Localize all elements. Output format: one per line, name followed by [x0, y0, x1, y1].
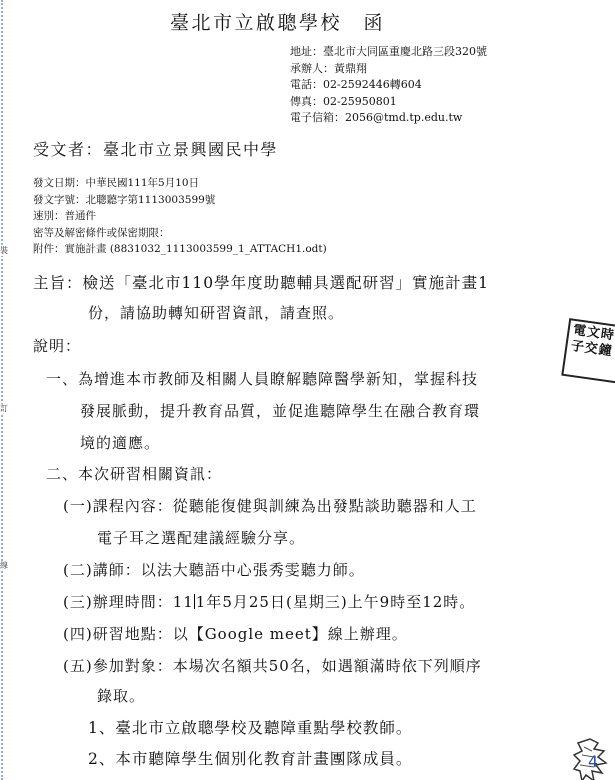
course-content-line-1: (一)課程內容：從聽能復健與訓練為出發點談助聽器和人工: [63, 495, 477, 516]
sender-address: 地址：臺北市大同區重慶北路三段320號: [290, 44, 487, 61]
sender-fax: 傳真：02-25950801: [290, 94, 487, 111]
binding-mark-ding: 訂: [0, 404, 8, 414]
document-number: 發文字號：北聰聽字第1113003599號: [33, 192, 327, 209]
binding-mark-xian: 線: [0, 561, 8, 571]
stamp-column-3: 時鐘: [597, 327, 615, 361]
document-meta: 發文日期：中華民國111年5月10日 發文字號：北聰聽字第1113003599號…: [33, 175, 327, 258]
page-seal-icon: 4: [572, 735, 615, 780]
section1-line-2: 發展脈動，提升教育品質，並促進聽障學生在融合教育環: [80, 400, 480, 421]
course-content-line-2: 電子耳之選配建議經驗分享。: [97, 527, 305, 548]
explanation-label: 說明：: [33, 335, 81, 356]
participants-line-1: (五)參加對象：本場次名額共50名，如遇額滿時依下列順序: [63, 655, 482, 676]
sender-contact-person: 承辦人：黃鼎翔: [290, 61, 487, 78]
subject-line-1: 主旨：檢送「臺北市110學年度助聽輔具選配研習」實施計畫1: [33, 271, 489, 293]
priority-item-1: 1、臺北市立啟聰學校及聽障重點學校教師。: [88, 716, 412, 738]
binding-margin-line: [1, 0, 3, 780]
section1-line-1: 一、為增進本市教師及相關人員瞭解聽障醫學新知，掌握科技: [46, 368, 478, 389]
event-time-before-cursor: (三)辦理時間：11: [63, 593, 194, 611]
seal-stamp-icon: 4: [572, 735, 615, 780]
section2-heading: 二、本次研習相關資訊：: [46, 463, 222, 484]
binding-mark-zhuang: 裝: [0, 246, 8, 256]
attachment-link[interactable]: 附件：實施計畫 (8831032_1113003599_1_ATTACH1.od…: [33, 241, 327, 258]
priority-item-2: 2、本市聽障學生個別化教育計畫團隊成員。: [88, 747, 412, 769]
issue-date: 發文日期：中華民國111年5月10日: [33, 175, 327, 192]
participants-line-2: 錄取。: [97, 685, 145, 706]
lecturer: (二)講師：以法大聽語中心張秀雯聽力師。: [63, 559, 365, 580]
event-location: (四)研習地點：以【Google meet】線上辦理。: [63, 623, 408, 644]
event-time[interactable]: (三)辦理時間：111年5月25日(星期三)上午9時至12時。: [63, 591, 475, 612]
document-title: 臺北市立啟聰學校 函: [170, 8, 385, 35]
exchange-time-stamp: 電子文交時鐘: [561, 318, 615, 384]
sender-phone: 電話：02-2592446轉604: [290, 77, 487, 94]
page-number: 4: [588, 752, 598, 771]
sender-info: 地址：臺北市大同區重慶北路三段320號 承辦人：黃鼎翔 電話：02-259244…: [290, 44, 487, 127]
recipient: 受文者：臺北市立景興國民中學: [33, 137, 278, 160]
sender-email: 電子信箱：2056@tmd.tp.edu.tw: [290, 110, 487, 127]
subject-line-2: 份，請協助轉知研習資訊，請查照。: [88, 302, 344, 323]
urgency: 速別：普通件: [33, 208, 327, 225]
classification: 密等及解密條件或保密期限：: [33, 225, 327, 242]
section1-line-3: 境的適應。: [80, 432, 160, 453]
event-time-after-cursor: 1年5月25日(星期三)上午9時至12時。: [196, 593, 476, 611]
